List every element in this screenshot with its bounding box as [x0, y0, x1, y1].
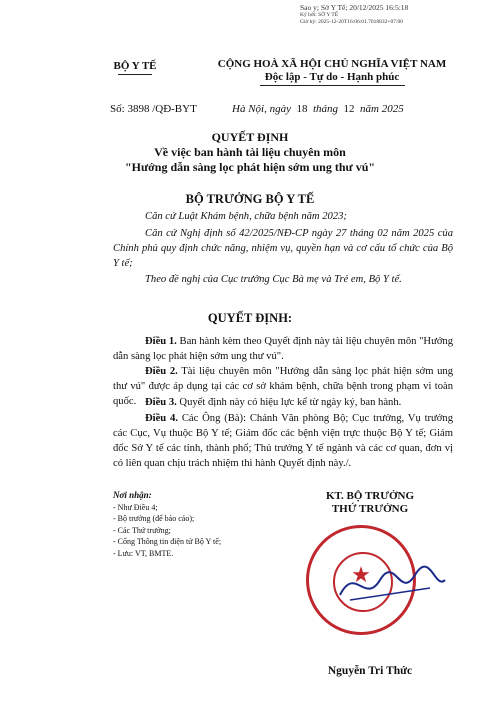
document-number: Số: 3898 /QĐ-BYT [110, 103, 197, 115]
subject-line-1: Về việc ban hành tài liệu chuyên môn [60, 145, 440, 160]
recipient-item: - Lưu: VT, BMTE. [113, 548, 221, 560]
recipient-item: - Cổng Thông tin điện tử Bộ Y tế; [113, 536, 221, 548]
basis-text: Căn cứ Luật Khám bệnh, chữa bệnh năm 202… [113, 209, 453, 224]
basis-2: Căn cứ Nghị định số 42/2025/NĐ-CP ngày 2… [113, 226, 453, 271]
motto-underline [260, 85, 405, 86]
recipient-item: - Như Điều 4; [113, 502, 221, 514]
document-type: QUYẾT ĐỊNH [60, 130, 440, 145]
recipients-list: Nơi nhận: - Như Điều 4; - Bộ trưởng (để … [113, 490, 221, 559]
signature-line-2: THỨ TRƯỞNG [280, 503, 460, 516]
number-suffix: /QĐ-BYT [152, 103, 197, 115]
basis-text: Căn cứ Nghị định số 42/2025/NĐ-CP ngày 2… [113, 226, 453, 271]
authority-title: BỘ TRƯỞNG BỘ Y TẾ [60, 192, 440, 207]
agency-underline [118, 74, 152, 75]
recipients-heading: Nơi nhận: [113, 490, 221, 502]
document-date: Hà Nội, ngày 18 tháng 12 năm 2025 [232, 103, 404, 115]
article-label: Điều 4. [145, 413, 178, 424]
signer-name: Nguyễn Tri Thức [280, 665, 460, 677]
article-1: Điều 1. Ban hành kèm theo Quyết định này… [113, 334, 453, 364]
digital-signature-stamp: Sao y; Sở Y Tế; 20/12/2025 16:5:18 Ký bở… [300, 3, 408, 26]
country-name: CỘNG HOÀ XÃ HỘI CHỦ NGHĨA VIỆT NAM [212, 58, 452, 70]
article-label: Điều 2. [145, 366, 178, 377]
number-value: 3898 [127, 103, 149, 115]
stamp-copy-line: Sao y; Sở Y Tế; 20/12/2025 16:5:18 [300, 3, 408, 12]
national-motto: Độc lập - Tự do - Hạnh phúc [212, 71, 452, 83]
date-day: 18 [296, 103, 307, 115]
article-3: Điều 3. Quyết định này có hiệu lực kể từ… [113, 395, 453, 410]
basis-text: Theo đề nghị của Cục trưởng Cục Bà mẹ và… [113, 272, 453, 287]
date-month-label: tháng [313, 103, 338, 115]
handwritten-signature-icon [330, 560, 450, 610]
article-text: Quyết định này có hiệu lực kể từ ngày ký… [177, 397, 401, 408]
basis-1: Căn cứ Luật Khám bệnh, chữa bệnh năm 202… [113, 209, 453, 224]
stamp-signed-by: Ký bởi: SỞ Y TẾ [300, 12, 408, 19]
subject-line-2: "Hướng dẫn sàng lọc phát hiện sớm ung th… [60, 160, 440, 175]
national-header: CỘNG HOÀ XÃ HỘI CHỦ NGHĨA VIỆT NAM Độc l… [212, 58, 452, 86]
signature-line-1: KT. BỘ TRƯỞNG [280, 490, 460, 503]
agency-name: BỘ Y TẾ [90, 60, 180, 72]
date-year: năm 2025 [360, 103, 404, 115]
article-label: Điều 3. [145, 397, 177, 408]
article-4: Điều 4. Các Ông (Bà): Chánh Văn phòng Bộ… [113, 411, 453, 471]
date-prefix: Hà Nội, ngày [232, 103, 291, 115]
article-label: Điều 1. [145, 336, 177, 347]
recipient-item: - Các Thứ trưởng; [113, 525, 221, 537]
decision-heading: QUYẾT ĐỊNH: [60, 311, 440, 326]
recipient-item: - Bộ trưởng (để báo cáo); [113, 513, 221, 525]
stamp-signed-time: Giờ ký: 2025-12-20T16:06:01.7018832+07:0… [300, 19, 408, 26]
signature-block-title: KT. BỘ TRƯỞNG THỨ TRƯỞNG [280, 490, 460, 516]
number-label: Số: [110, 103, 125, 115]
date-month: 12 [344, 103, 355, 115]
issuing-agency: BỘ Y TẾ [90, 60, 180, 75]
basis-3: Theo đề nghị của Cục trưởng Cục Bà mẹ và… [113, 272, 453, 287]
